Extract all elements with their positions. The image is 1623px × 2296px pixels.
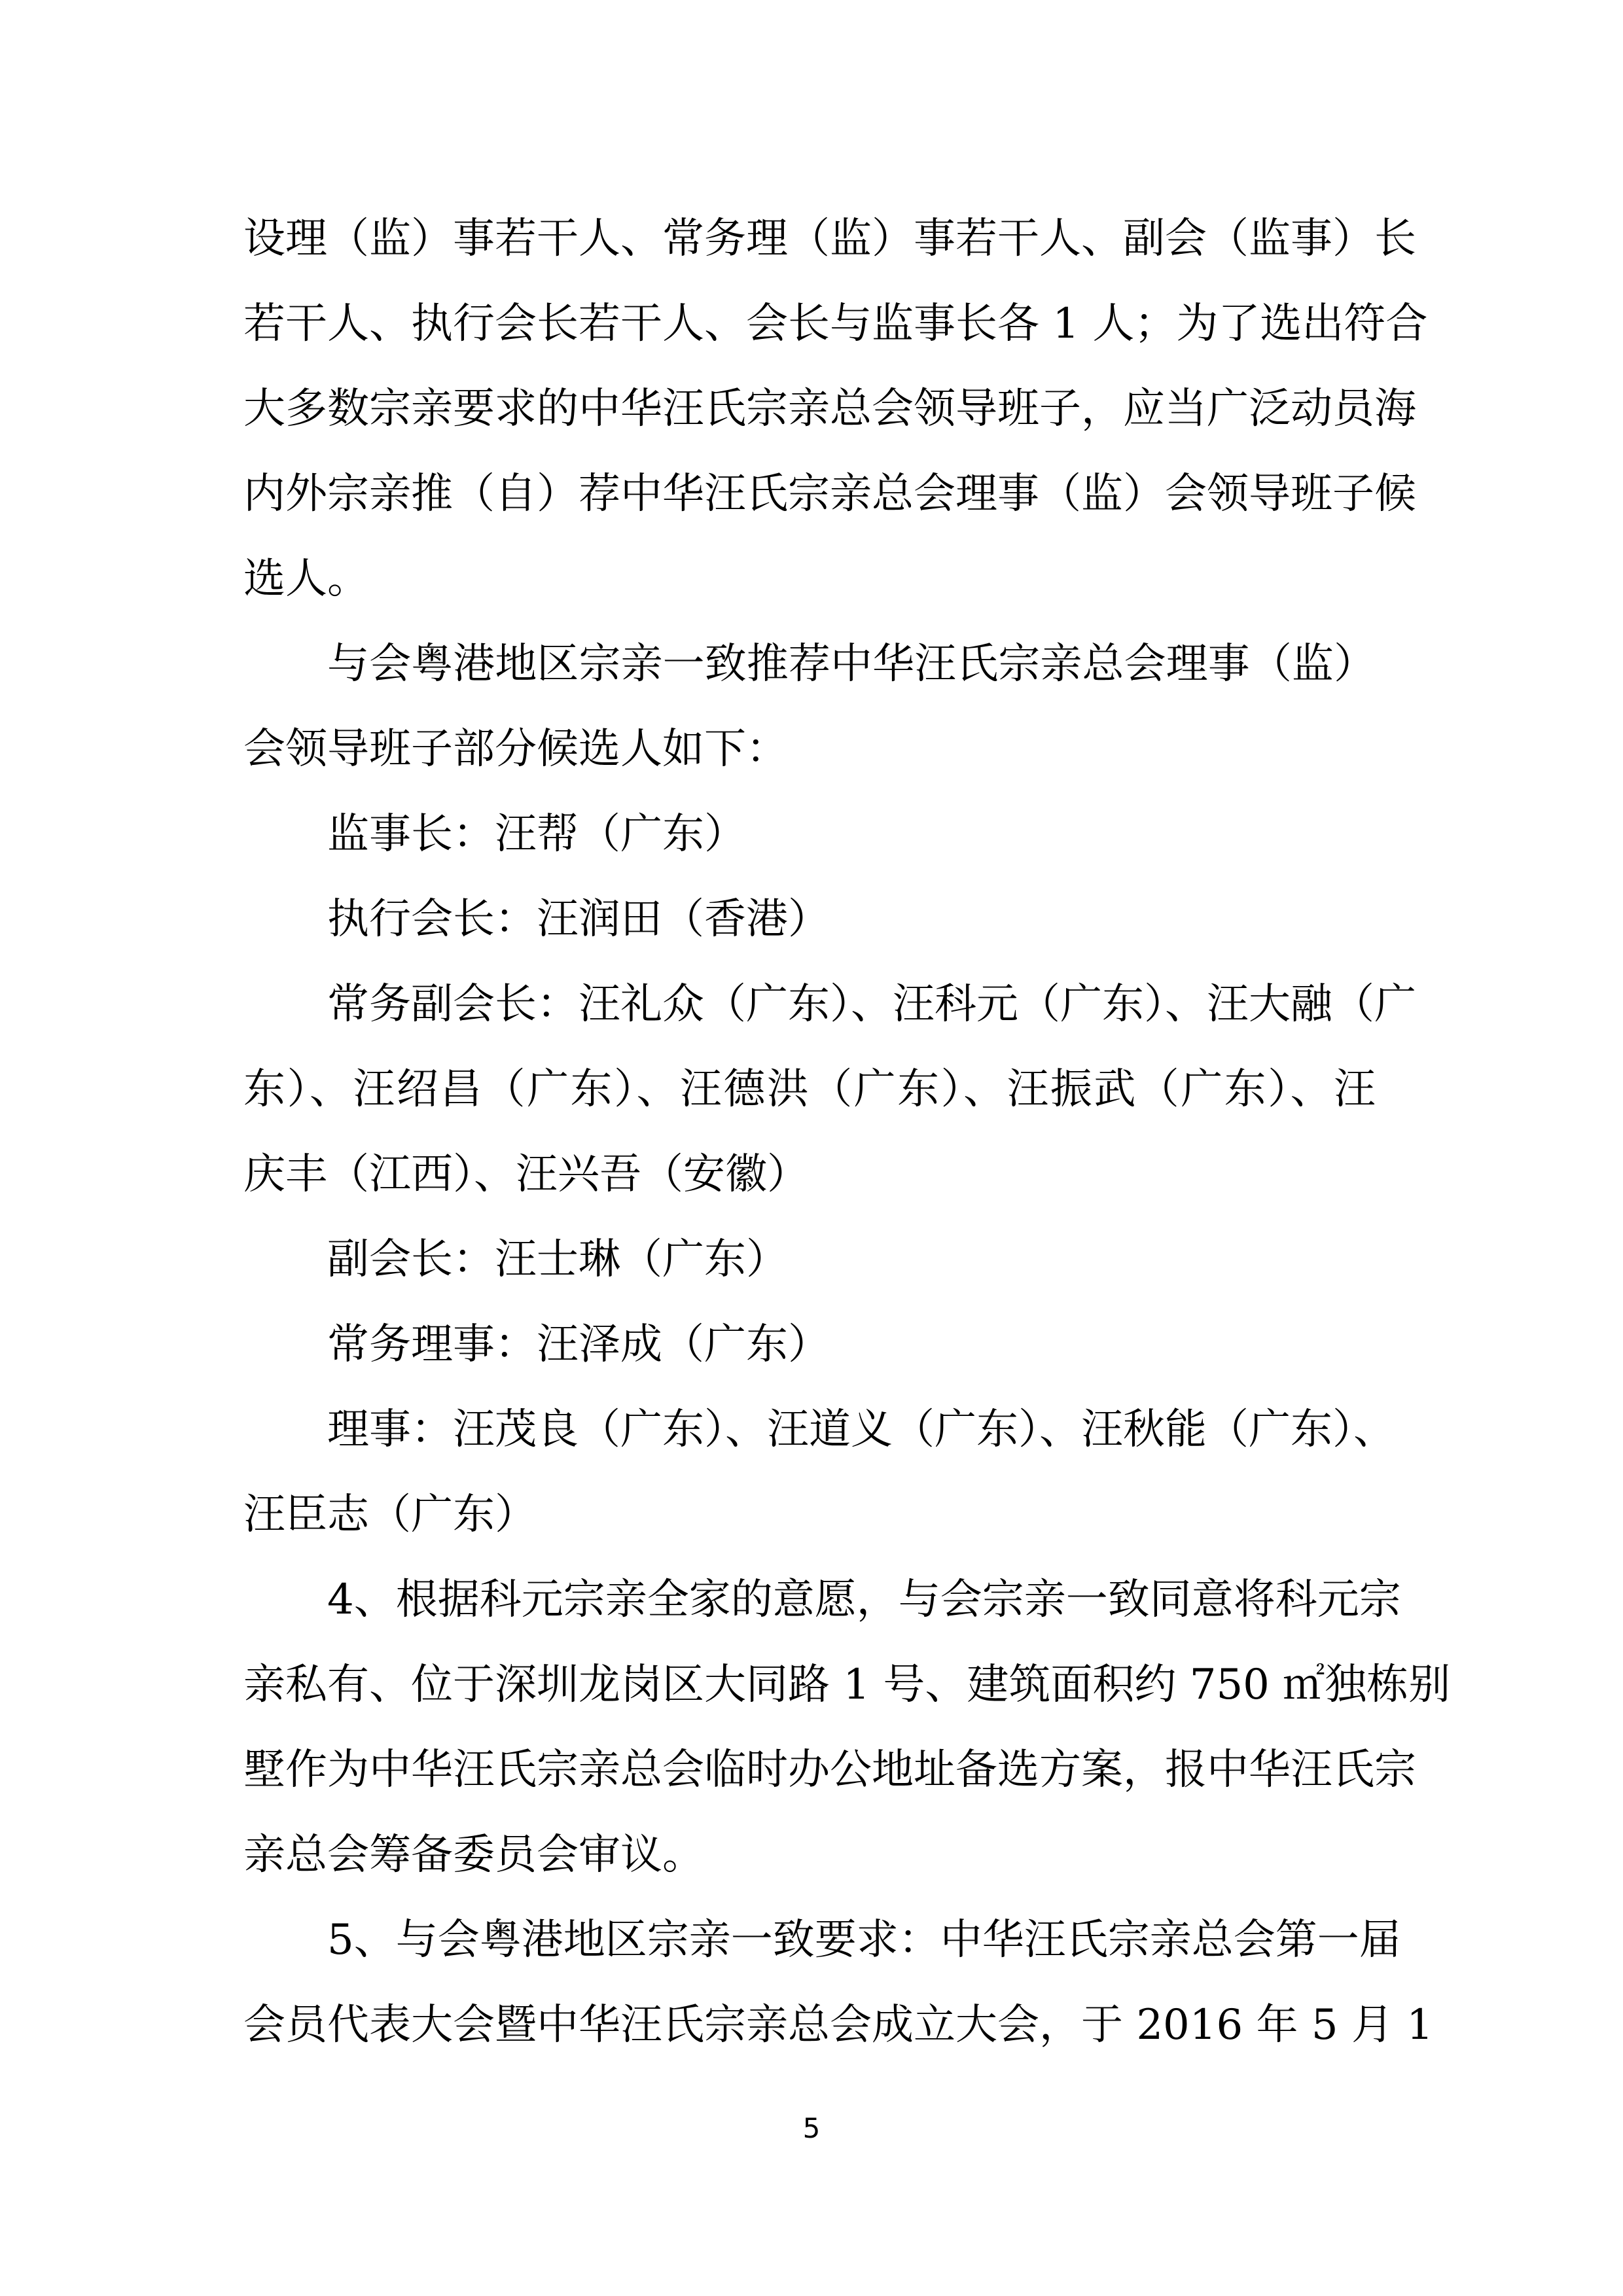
paragraph-line: 墅作为中华汪氏宗亲总会临时办公地址备选方案，报中华汪氏宗 <box>243 1727 1376 1812</box>
paragraph-line: 亲总会筹备委员会审议。 <box>243 1812 1376 1898</box>
candidate-executive-vice-presidents: 常务副会长：汪礼众（广东）、汪科元（广东）、汪大融（广 <box>243 962 1376 1047</box>
paragraph-line: 亲私有、位于深圳龙岗区大同路 1 号、建筑面积约 750 ㎡独栋别 <box>243 1642 1376 1727</box>
paragraph-line: 庆丰（江西）、汪兴吾（安徽） <box>243 1132 1376 1217</box>
paragraph-line: 若干人、执行会长若干人、会长与监事长各 1 人；为了选出符合 <box>243 281 1376 366</box>
paragraph-line: 汪臣志（广东） <box>243 1472 1376 1557</box>
paragraph-line: 内外宗亲推（自）荐中华汪氏宗亲总会理事（监）会领导班子候 <box>243 451 1376 537</box>
page-number: 5 <box>0 2112 1623 2144</box>
item-4-line: 4、根据科元宗亲全家的意愿，与会宗亲一致同意将科元宗 <box>243 1557 1376 1642</box>
candidate-executive-director: 常务理事：汪泽成（广东） <box>243 1302 1376 1387</box>
paragraph-line: 会员代表大会暨中华汪氏宗亲总会成立大会，于 2016 年 5 月 1 <box>243 1983 1376 2068</box>
candidate-supervisor-chair: 监事长：汪帮（广东） <box>243 792 1376 877</box>
paragraph-line: 大多数宗亲要求的中华汪氏宗亲总会领导班子，应当广泛动员海 <box>243 366 1376 451</box>
paragraph-line: 选人。 <box>243 537 1376 622</box>
paragraph-line: 与会粤港地区宗亲一致推荐中华汪氏宗亲总会理事（监） <box>243 622 1376 707</box>
candidate-vice-president: 副会长：汪士琳（广东） <box>243 1217 1376 1302</box>
item-5-line: 5、与会粤港地区宗亲一致要求：中华汪氏宗亲总会第一届 <box>243 1898 1376 1983</box>
paragraph-line: 设理（监）事若干人、常务理（监）事若干人、副会（监事）长 <box>243 196 1376 281</box>
paragraph-line: 会领导班子部分候选人如下： <box>243 707 1376 792</box>
paragraph-line: 东）、汪绍昌（广东）、汪德洪（广东）、汪振武（广东）、汪 <box>243 1047 1376 1132</box>
candidate-directors: 理事：汪茂良（广东）、汪道义（广东）、汪秋能（广东）、 <box>243 1387 1376 1472</box>
candidate-executive-president: 执行会长：汪润田（香港） <box>243 877 1376 962</box>
